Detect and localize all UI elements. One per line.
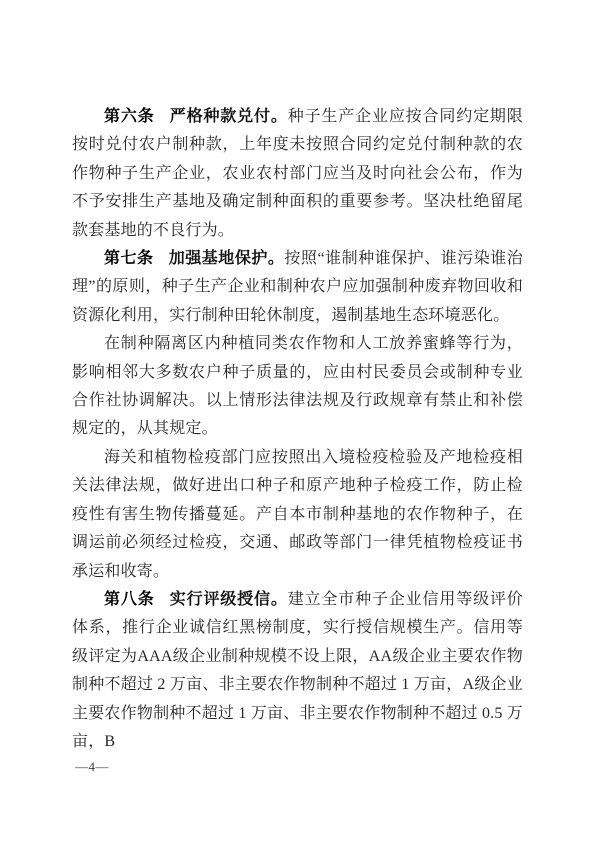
- article-6-body: 种子生产企业应按合同约定期限按时兑付农户制种款，上年度未按照合同约定兑付制种款的…: [72, 108, 523, 239]
- document-page: 第六条严格种款兑付。种子生产企业应按合同约定期限按时兑付农户制种款，上年度未按照…: [0, 0, 600, 848]
- article-8-body: 建立全市种子企业信用等级评价体系，推行企业诚信红黑榜制度，实行授信规模生产。信用…: [72, 591, 523, 750]
- article-7-title: 加强基地保护。: [169, 250, 285, 267]
- document-text-block: 第六条严格种款兑付。种子生产企业应按合同约定期限按时兑付农户制种款，上年度未按照…: [72, 103, 523, 756]
- article-7-number: 第七条: [104, 250, 154, 267]
- page-number: —4—: [75, 759, 109, 775]
- continuation-2-body: 海关和植物检疫部门应按照出入境检疫检验及产地检疫相关法律法规，做好进出口种子和原…: [72, 449, 523, 580]
- article-7-continuation-paragraph-2: 海关和植物检疫部门应按照出入境检疫检验及产地检疫相关法律法规，做好进出口种子和原…: [72, 444, 523, 586]
- article-6-title: 严格种款兑付。: [170, 108, 288, 125]
- article-8-title: 实行评级授信。: [170, 591, 288, 608]
- article-6-paragraph: 第六条严格种款兑付。种子生产企业应按合同约定期限按时兑付农户制种款，上年度未按照…: [72, 103, 523, 245]
- article-8-paragraph: 第八条实行评级授信。建立全市种子企业信用等级评价体系，推行企业诚信红黑榜制度，实…: [72, 586, 523, 756]
- article-7-continuation-paragraph-1: 在制种隔离区内种植同类农作物和人工放养蜜蜂等行为，影响相邻大多数农户种子质量的，…: [72, 330, 523, 444]
- article-8-number: 第八条: [104, 591, 155, 608]
- continuation-1-body: 在制种隔离区内种植同类农作物和人工放养蜜蜂等行为，影响相邻大多数农户种子质量的，…: [72, 335, 523, 437]
- article-7-paragraph: 第七条加强基地保护。按照“谁制种谁保护、谁污染谁治理”的原则，种子生产企业和制种…: [72, 245, 523, 330]
- article-6-number: 第六条: [104, 108, 155, 125]
